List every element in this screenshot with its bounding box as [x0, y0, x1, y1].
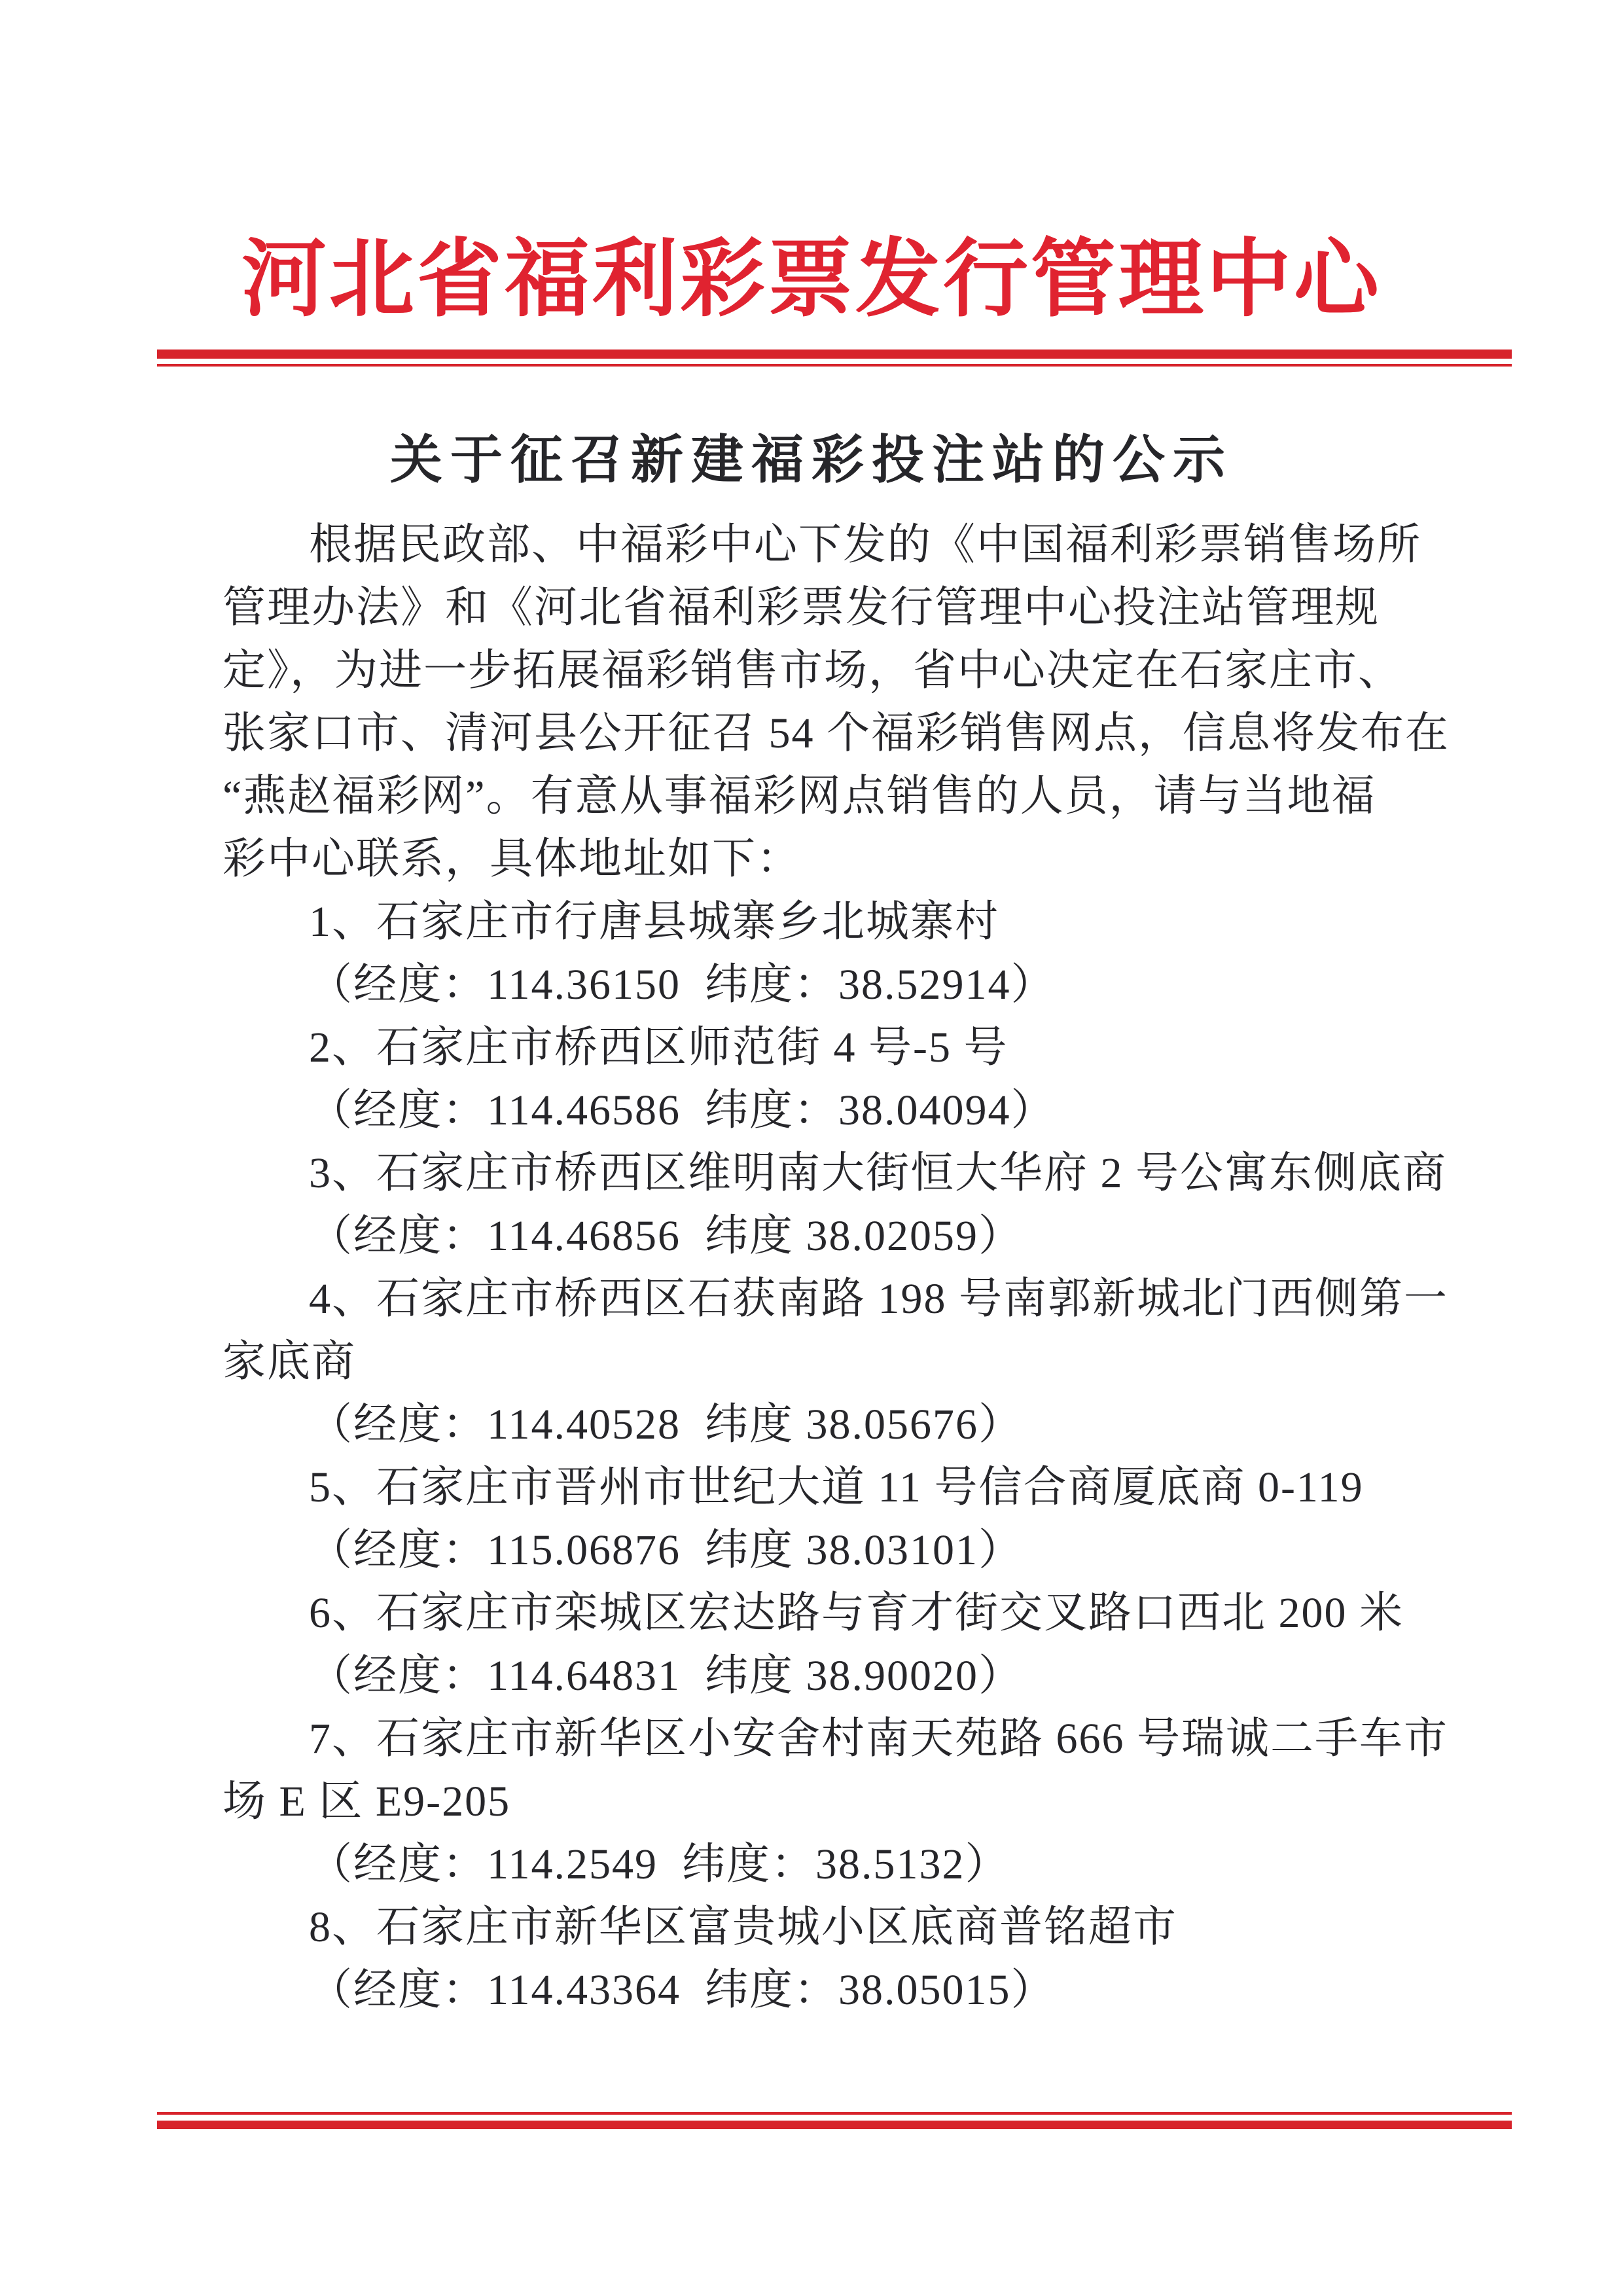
body-line: 3、石家庄市桥西区维明南大街恒大华府 2 号公寓东侧底商 [223, 1142, 1440, 1205]
notice-body: 根据民政部、中福彩中心下发的《中国福利彩票销售场所管理办法》和《河北省福利彩票发… [223, 514, 1440, 2022]
footer-rule-thick [157, 2121, 1512, 2129]
body-line: （经度：114.64831 纬度 38.90020） [223, 1645, 1440, 1708]
body-line: （经度：114.40528 纬度 38.05676） [223, 1393, 1440, 1456]
body-line: （经度：114.43364 纬度：38.05015） [223, 1959, 1440, 2022]
body-line: 5、石家庄市晋州市世纪大道 11 号信合商厦底商 0-119 [223, 1456, 1440, 1519]
letterhead-rule-thin [157, 364, 1512, 367]
body-line: （经度：114.46586 纬度：38.04094） [223, 1079, 1440, 1142]
body-line: （经度：115.06876 纬度 38.03101） [223, 1519, 1440, 1582]
body-line: 家底商 [223, 1331, 1440, 1393]
footer-rule-thin [157, 2112, 1512, 2115]
org-letterhead-title: 河北省福利彩票发行管理中心 [0, 211, 1623, 333]
body-line: 7、石家庄市新华区小安舍村南天苑路 666 号瑞诚二手车市 [223, 1708, 1440, 1770]
body-line: 彩中心联系，具体地址如下： [223, 828, 1440, 891]
notice-title: 关于征召新建福彩投注站的公示 [0, 418, 1623, 493]
body-line: 根据民政部、中福彩中心下发的《中国福利彩票销售场所 [223, 514, 1440, 577]
body-line: 管理办法》和《河北省福利彩票发行管理中心投注站管理规 [223, 577, 1440, 639]
body-line: 张家口市、清河县公开征召 54 个福彩销售网点，信息将发布在 [223, 702, 1440, 765]
body-line: 8、石家庄市新华区富贵城小区底商普铭超市 [223, 1896, 1440, 1959]
body-line: （经度：114.36150 纬度：38.52914） [223, 954, 1440, 1016]
body-line: “燕赵福彩网”。有意从事福彩网点销售的人员，请与当地福 [223, 765, 1440, 828]
body-line: 1、石家庄市行唐县城寨乡北城寨村 [223, 891, 1440, 954]
body-line: （经度：114.2549 纬度：38.5132） [223, 1833, 1440, 1896]
scanned-notice-page: 河北省福利彩票发行管理中心 关于征召新建福彩投注站的公示 根据民政部、中福彩中心… [0, 0, 1623, 2296]
body-line: 6、石家庄市栾城区宏达路与育才街交叉路口西北 200 米 [223, 1582, 1440, 1645]
letterhead-rule-thick [157, 350, 1512, 359]
body-line: 2、石家庄市桥西区师范街 4 号-5 号 [223, 1016, 1440, 1079]
body-line: 定》，为进一步拓展福彩销售市场，省中心决定在石家庄市、 [223, 639, 1440, 702]
body-line: 场 E 区 E9-205 [223, 1770, 1440, 1833]
body-line: （经度：114.46856 纬度 38.02059） [223, 1205, 1440, 1268]
body-line: 4、石家庄市桥西区石获南路 198 号南郭新城北门西侧第一 [223, 1268, 1440, 1331]
